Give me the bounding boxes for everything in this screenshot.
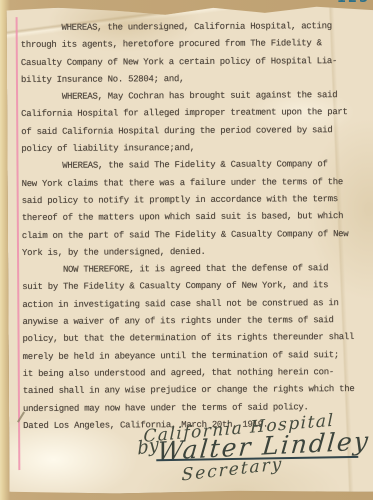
album-page-background: { "stamp": { "page_number_partial": "125…: [0, 0, 373, 500]
signature-by-mark: by: [137, 434, 159, 460]
typed-body-text: WHEREAS, the undersigned, California Hos…: [21, 18, 355, 435]
document-paper: WHEREAS, the undersigned, California Hos…: [7, 5, 373, 494]
ruled-margin-line: [16, 17, 21, 470]
page-number-stamp: 125: [337, 0, 370, 6]
